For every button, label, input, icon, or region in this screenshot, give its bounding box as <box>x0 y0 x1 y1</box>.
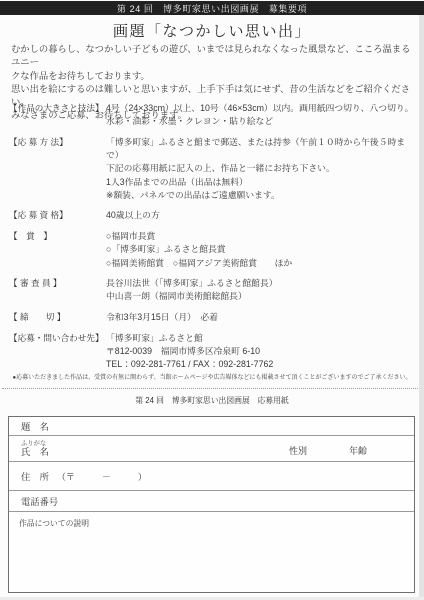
section-how-to-apply: 【応 募 方 法】 「博多町家」ふるさと館まで郵送、または持参（午前１０時から午… <box>9 136 416 202</box>
intro-line: むかしの暮らし、なつかしい子どもの遊び、いまでは見られなくなった風景など、こころ… <box>11 43 414 70</box>
section-label: 【応募・問い合わせ先】 <box>9 332 106 372</box>
scanned-flyer-page: 第 24 回 博多町家思い出図画展 募集要項 画題「なつかしい思い出」 むかしの… <box>0 0 424 600</box>
form-row-phone: 電話番号 <box>9 491 414 512</box>
name-field-label: 氏 名 <box>21 444 49 458</box>
phone-field-label: 電話番号 <box>9 494 58 508</box>
section-label: 【 締 切 】 <box>9 311 106 324</box>
form-row-description: 作品についての説明 <box>9 512 414 592</box>
section-line: 令和3年3月15日（月） 必着 <box>106 311 416 324</box>
section-line: 長谷川法世（「博多町家」ふるさと館館長） <box>106 277 416 290</box>
artwork-title-field-label: 題 名 <box>9 419 49 433</box>
address-field-label: 住 所 <box>9 469 49 483</box>
form-row-address: 住 所 （〒 － ） <box>9 462 414 491</box>
section-contact: 【応募・問い合わせ先】 「博多町家」ふるさと館 〒812-0039 福岡市博多区… <box>9 332 416 372</box>
section-line: 「博多町家」ふるさと館まで郵送、または持参（午前１０時から午後５時まで） <box>106 136 416 162</box>
section-content: 令和3年3月15日（月） 必着 <box>106 311 416 324</box>
form-row-name: ふりがな 氏 名 性別 年齢 <box>9 436 414 462</box>
page-title: 画題「なつかしい思い出」 <box>0 20 424 41</box>
cut-line-divider <box>2 388 422 389</box>
section-content: 長谷川法世（「博多町家」ふるさと館館長） 中山喜一朗（福岡市美術館総館長） <box>106 277 416 303</box>
section-content: ○福岡市長賞 ○「博多町家」ふるさと館長賞 ○福岡美術館賞 ○福岡アジア美術館賞… <box>106 230 416 270</box>
application-form: 題 名 ふりがな 氏 名 性別 年齢 住 所 （〒 － ） 電話番号 作品につい… <box>8 416 415 593</box>
scan-edge-artifact <box>419 15 424 600</box>
document-header-bar: 第 24 回 博多町家思い出図画展 募集要項 <box>0 1 424 15</box>
gender-field-label: 性別 <box>289 444 307 457</box>
section-prizes: 【 賞 】 ○福岡市長賞 ○「博多町家」ふるさと館長賞 ○福岡美術館賞 ○福岡ア… <box>9 230 416 270</box>
section-label: 【 賞 】 <box>9 230 106 270</box>
section-line: TEL：092-281-7761 / FAX：092-281-7762 <box>106 358 416 371</box>
section-label: 【 審 査 員 】 <box>9 277 106 303</box>
section-line: 4号（24×33cm）以上、10号（46×53cm）以内。画用紙四つ切り、八つ切… <box>106 102 416 115</box>
section-line: 水彩・油彩・水墨・クレヨン・貼り絵など <box>106 115 416 128</box>
section-line: ○「博多町家」ふるさと館長賞 <box>106 243 416 256</box>
section-eligibility: 【応 募 資 格】 40歳以上の方 <box>9 209 416 222</box>
footnote-notice: ●応募いただきました作品は、受賞の有無に関わらず、当館ホームページや広告媒体など… <box>4 372 420 381</box>
form-row-artwork-title: 題 名 <box>9 417 414 436</box>
section-label: 【作品の大きさと技法】 <box>9 102 106 128</box>
section-line: ○福岡市長賞 <box>106 230 416 243</box>
section-line: 40歳以上の方 <box>106 209 416 222</box>
section-label: 【応 募 方 法】 <box>9 136 106 202</box>
section-judges: 【 審 査 員 】 長谷川法世（「博多町家」ふるさと館館長） 中山喜一朗（福岡市… <box>9 277 416 303</box>
section-line: ※額装、パネルでの出品はご遠慮願います。 <box>106 189 416 202</box>
section-line: 1人3作品までの出品（出品は無料） <box>106 176 416 189</box>
section-content: 4号（24×33cm）以上、10号（46×53cm）以内。画用紙四つ切り、八つ切… <box>106 102 416 128</box>
header-bar-text: 第 24 回 博多町家思い出図画展 募集要項 <box>117 2 307 15</box>
section-size-technique: 【作品の大きさと技法】 4号（24×33cm）以上、10号（46×53cm）以内… <box>9 102 416 128</box>
section-line: 「博多町家」ふるさと館 <box>106 332 416 345</box>
postal-code-mark: （〒 － ） <box>57 470 147 483</box>
section-content: 40歳以上の方 <box>106 209 416 222</box>
intro-line: クな作品をお待ちしております。 <box>11 70 414 83</box>
section-content: 「博多町家」ふるさと館 〒812-0039 福岡市博多区冷泉町 6-10 TEL… <box>106 332 416 372</box>
section-line: ○福岡美術館賞 ○福岡アジア美術館賞 ほか <box>106 257 416 270</box>
section-label: 【応 募 資 格】 <box>9 209 106 222</box>
section-line: 中山喜一朗（福岡市美術館総館長） <box>106 290 416 303</box>
section-line: 下記の応募用紙に記入の上、作品と一緒にお持ち下さい。 <box>106 162 416 175</box>
age-field-label: 年齢 <box>349 444 367 457</box>
application-form-title: 第 24 回 博多町家思い出図画展 応募用紙 <box>0 395 424 406</box>
requirements-list: 【作品の大きさと技法】 4号（24×33cm）以上、10号（46×53cm）以内… <box>9 102 416 379</box>
description-field-label: 作品についての説明 <box>19 518 89 529</box>
section-line: 〒812-0039 福岡市博多区冷泉町 6-10 <box>106 345 416 358</box>
section-deadline: 【 締 切 】 令和3年3月15日（月） 必着 <box>9 311 416 324</box>
section-content: 「博多町家」ふるさと館まで郵送、または持参（午前１０時から午後５時まで） 下記の… <box>106 136 416 202</box>
